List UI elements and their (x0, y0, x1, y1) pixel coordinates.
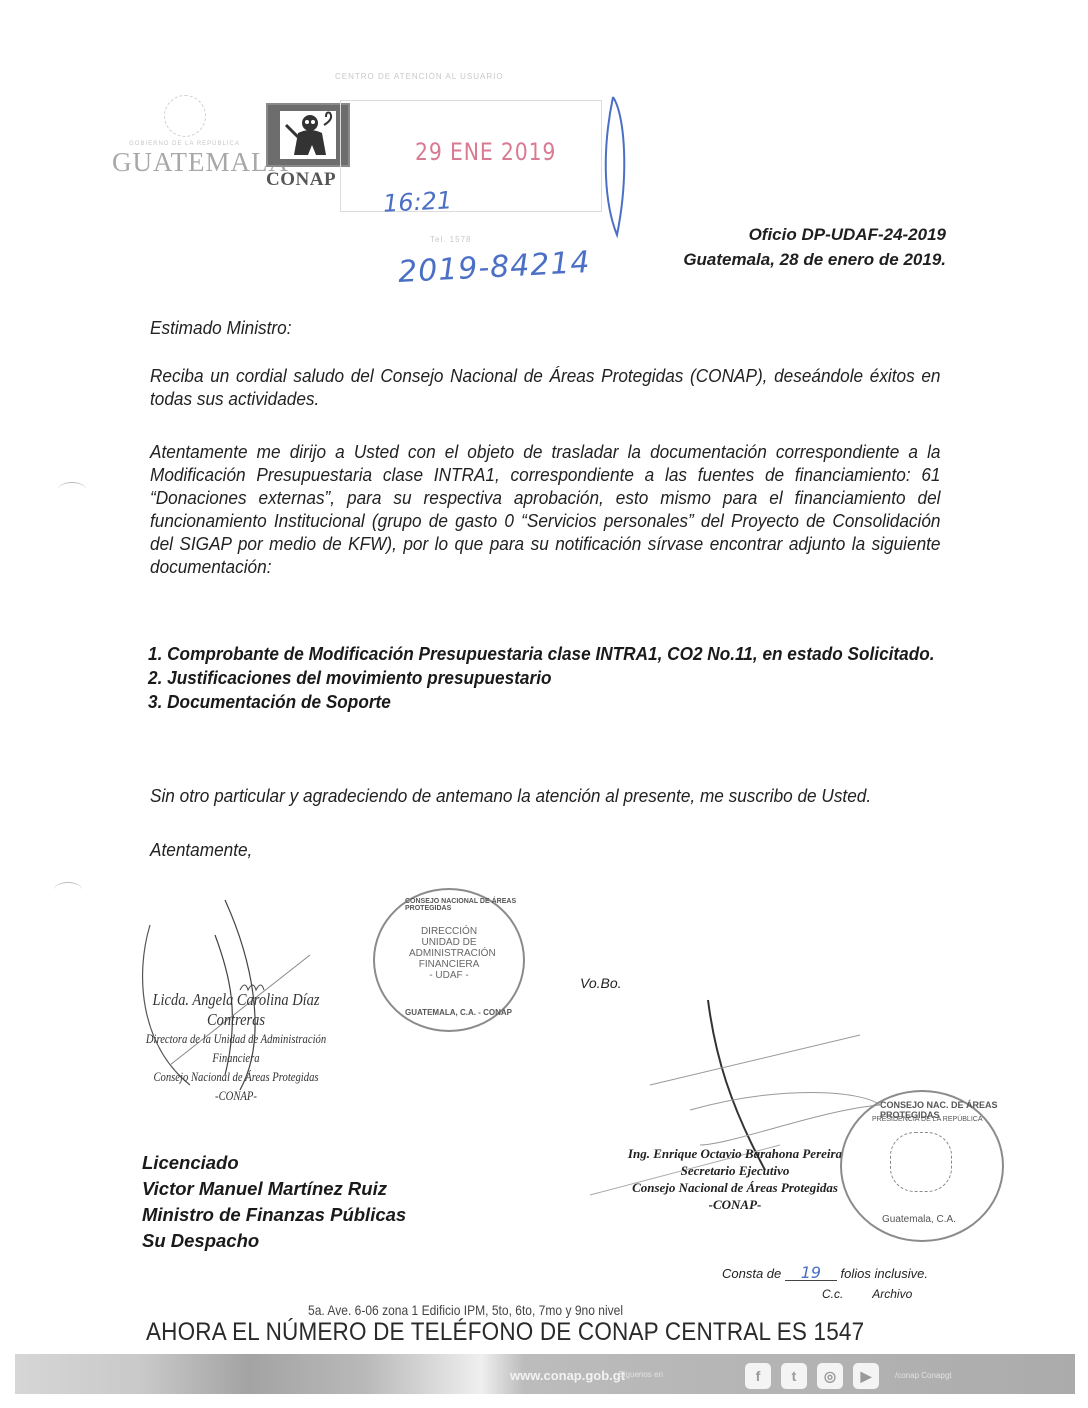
youtube-icon[interactable]: ▶ (853, 1363, 879, 1389)
attachments-list: 1. Comprobante de Modificación Presupues… (148, 642, 939, 714)
instagram-icon[interactable]: ◎ (817, 1363, 843, 1389)
cc-note: C.c. Archivo (822, 1287, 912, 1301)
closing-paragraph: Sin otro particular y agradeciendo de an… (150, 784, 941, 807)
executive-secretary-seal: CONSEJO NAC. DE ÁREAS PROTEGIDAS PRESIDE… (840, 1090, 1004, 1242)
guatemala-logo: GOBIERNO DE LA REPÚBLICA GUATEMALA (112, 95, 257, 177)
signatory2-name: Ing. Enrique Octavio Barahona Pereira (600, 1145, 870, 1162)
hole-punch-mark (54, 882, 82, 897)
seal-inner-text: PRESIDENCIA DE LA REPÚBLICA (872, 1116, 982, 1123)
place-date: Guatemala, 28 de enero de 2019. (683, 247, 946, 272)
handwritten-time: 16:21 (382, 186, 453, 218)
attachment-item: 1. Comprobante de Modificación Presupues… (148, 642, 939, 666)
folios-suffix: folios inclusive. (841, 1266, 928, 1281)
signatory2-institution: Consejo Nacional de Áreas Protegidas (600, 1179, 870, 1196)
attachment-item: 2. Justificaciones del movimiento presup… (148, 666, 939, 690)
signatory2-block: Ing. Enrique Octavio Barahona Pereira Se… (600, 1145, 870, 1213)
handwritten-registry-number: 2019-84214 (397, 245, 591, 290)
stamp-date: 29 ENE 2019 (415, 138, 556, 166)
seal-ring-text: CONSEJO NACIONAL DE ÁREAS PROTEGIDAS (405, 898, 523, 912)
addressee-block: Licenciado Victor Manuel Martínez Ruiz M… (142, 1150, 406, 1254)
logo-wordmark: GUATEMALA (112, 147, 257, 177)
folios-count: 19 (785, 1266, 837, 1281)
folios-note: Consta de 19 folios inclusive. (722, 1266, 928, 1281)
footer-address: 5a. Ave. 6-06 zona 1 Edificio IPM, 5to, … (308, 1302, 623, 1318)
folios-prefix: Consta de (722, 1266, 781, 1281)
seal-bottom-text: Guatemala, C.A. (882, 1214, 956, 1225)
stamp-header-text: CENTRO DE ATENCIÓN AL USUARIO (335, 72, 504, 81)
attachment-item: 3. Documentación de Soporte (148, 690, 939, 714)
seal-line: - UDAF - (409, 970, 489, 981)
signatory1-institution: Consejo Nacional de Áreas Protegidas (134, 1068, 338, 1087)
handwritten-initial-icon (595, 95, 635, 245)
footer-website-link[interactable]: www.conap.gob.gt (510, 1368, 625, 1383)
vobo-label: Vo.Bo. (580, 975, 622, 991)
oficio-number: Oficio DP-UDAF-24-2019 (683, 222, 946, 247)
stamp-footer-text: Tel. 1578 (430, 235, 471, 244)
salutation: Estimado Ministro: (150, 316, 941, 339)
addressee-office: Su Despacho (142, 1228, 406, 1254)
archive-label: Archivo (872, 1287, 912, 1301)
seal-line: ADMINISTRACIÓN (409, 948, 489, 959)
paragraph-request: Atentamente me dirijo a Usted con el obj… (150, 440, 941, 578)
addressee-title: Licenciado (142, 1150, 406, 1176)
seal-line: FINANCIERA (409, 959, 489, 970)
addressee-name: Victor Manuel Martínez Ruiz (142, 1176, 406, 1202)
footer-follow-label: Síguenos en (618, 1370, 663, 1379)
coat-of-arms-icon (890, 1132, 952, 1192)
paragraph-greeting: Reciba un cordial saludo del Consejo Nac… (150, 364, 941, 410)
cc-label: C.c. (822, 1287, 843, 1301)
signatory2-acronym: -CONAP- (600, 1196, 870, 1213)
footer-social-handle: /conap Conapgt (895, 1371, 952, 1380)
signatory1-acronym: -CONAP- (134, 1087, 338, 1106)
seal-bottom-text: GUATEMALA, C.A. - CONAP (405, 1008, 512, 1017)
signatory2-title: Secretario Ejecutivo (600, 1162, 870, 1179)
udaf-seal: DIRECCIÓN UNIDAD DE ADMINISTRACIÓN FINAN… (373, 888, 525, 1032)
footer-phone-notice: AHORA EL NÚMERO DE TELÉFONO DE CONAP CEN… (146, 1318, 864, 1347)
signatory1-block: Licda. Angela Carolina Díaz Contreras Di… (116, 990, 356, 1106)
hole-punch-mark (58, 482, 86, 497)
reference-block: Oficio DP-UDAF-24-2019 Guatemala, 28 de … (683, 222, 946, 272)
monkey-emblem-icon (266, 103, 350, 167)
signatory1-name: Licda. Angela Carolina Díaz Contreras (134, 990, 338, 1030)
facebook-icon[interactable]: f (745, 1363, 771, 1389)
twitter-icon[interactable]: t (781, 1363, 807, 1389)
coat-of-arms-icon (164, 95, 206, 137)
sign-off: Atentamente, (150, 838, 941, 861)
signatory1-title: Directora de la Unidad de Administración… (134, 1030, 338, 1068)
addressee-position: Ministro de Finanzas Públicas (142, 1202, 406, 1228)
seal-line: DIRECCIÓN (409, 926, 489, 937)
seal-line: UNIDAD DE (409, 937, 489, 948)
